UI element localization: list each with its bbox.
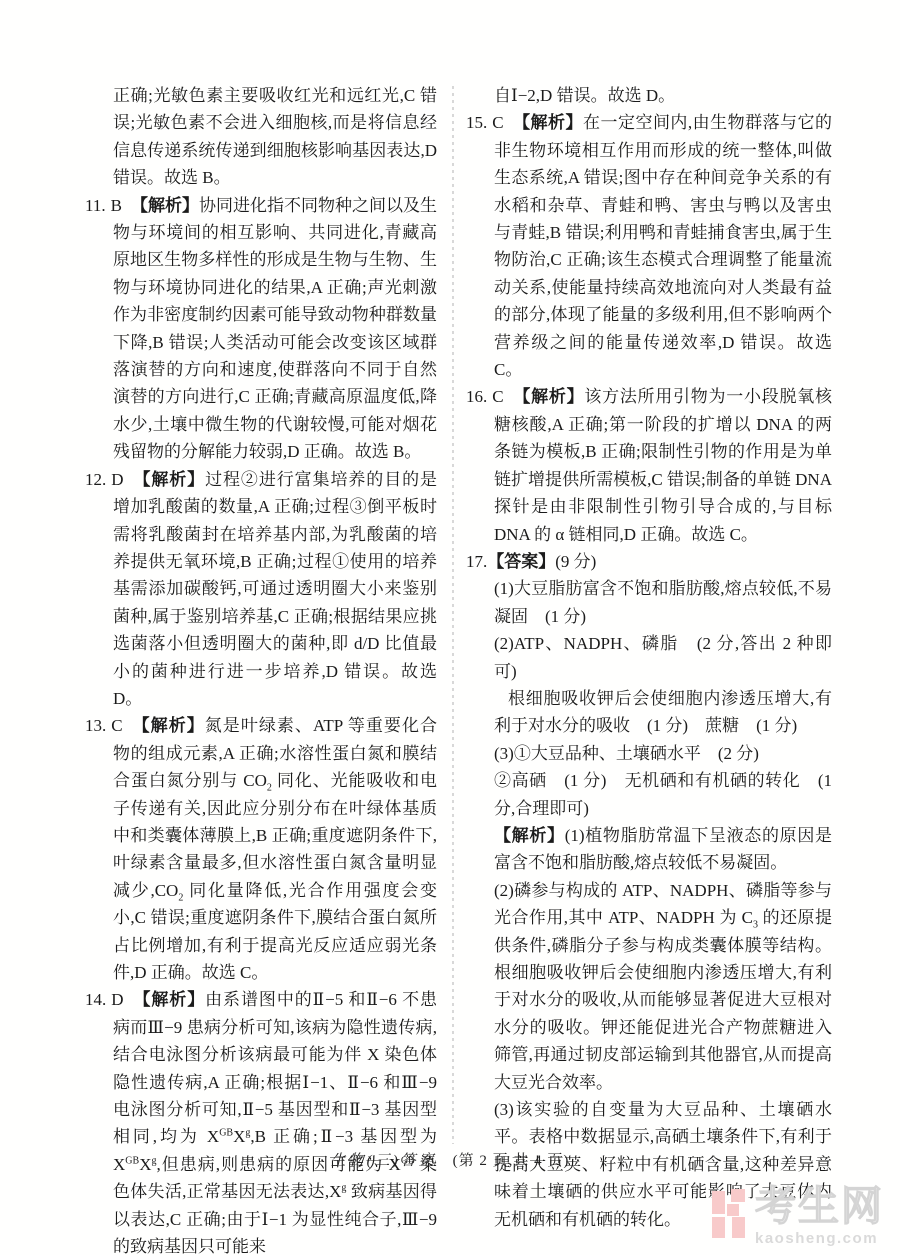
subscript: 2 — [267, 783, 272, 794]
paragraph: 【解析】(1)植物脂肪常温下呈液态的原因是富含不饱和脂肪酸,熔点较低不易凝固。 — [466, 822, 832, 877]
item-number: 16. — [466, 387, 487, 406]
item-number: 14. — [85, 990, 106, 1009]
item-tag: 【解析】 — [513, 387, 585, 406]
item-number: 13. — [85, 716, 106, 735]
page-footer: ·生物(三)答案(第 2 页,共 4 页)· — [0, 1150, 900, 1172]
watermark-site-name: 考生网 — [755, 1186, 884, 1227]
item-tag: 【解析】 — [131, 196, 199, 215]
column-left: 正确;光敏色素主要吸收红光和远红光,C 错误;光敏色素不会进入细胞核,而是将信息… — [85, 82, 437, 1255]
footer-dot-left: · — [320, 1153, 325, 1169]
logo-block — [712, 1191, 725, 1214]
column-divider — [452, 86, 454, 1144]
paragraph: 根细胞吸收钾后会使细胞内渗透压增大,有利于对水分的吸收 (1 分) 蔗糖 (1 … — [466, 685, 832, 740]
logo-block — [727, 1204, 739, 1216]
item-tag: 【解析】 — [133, 990, 206, 1009]
logo-block — [712, 1217, 725, 1238]
item-number: 15. — [466, 113, 487, 132]
item-answer: B — [111, 196, 122, 215]
item-tag: 【解析】 — [133, 470, 206, 489]
footer-dot-right: · — [575, 1153, 580, 1169]
paragraph: 正确;光敏色素主要吸收红光和远红光,C 错误;光敏色素不会进入细胞核,而是将信息… — [85, 82, 437, 192]
kaosheng-logo-icon — [712, 1189, 746, 1239]
paragraph: (2)ATP、NADPH、磷脂 (2 分,答出 2 种即可) — [466, 630, 832, 685]
footer-title: 生物(三)答案 — [331, 1153, 437, 1169]
answer-item-14: 14.D【解析】由系谱图中的Ⅱ−5 和Ⅱ−6 不患病而Ⅲ−9 患病分析可知,该病… — [85, 986, 437, 1255]
superscript: g — [245, 1128, 250, 1139]
paragraph: (3)①大豆品种、土壤硒水平 (2 分) — [466, 740, 832, 767]
paragraph: (2)磷参与构成的 ATP、NADPH、磷脂等参与光合作用,其中 ATP、NAD… — [466, 877, 832, 1096]
answer-item-11: 11.B【解析】协同进化指不同物种之间以及生物与环境间的相互影响、共同进化,青藏… — [85, 192, 437, 466]
answer-item-12: 12.D【解析】过程②进行富集培养的目的是增加乳酸菌的数量,A 正确;过程③倒平… — [85, 466, 437, 713]
item-number: 17. — [466, 552, 487, 571]
item-tag: 【解析】 — [494, 826, 565, 845]
answer-item-15: 15.C【解析】在一定空间内,由生物群落与它的非生物环境相互作用而形成的统一整体… — [466, 109, 832, 383]
item-answer: D — [111, 990, 123, 1009]
watermark-text: 考生网 kaosheng.com — [755, 1186, 884, 1247]
superscript: GB — [219, 1128, 233, 1139]
logo-block — [731, 1189, 745, 1202]
paragraph: 自Ⅰ−2,D 错误。故选 D。 — [466, 82, 832, 109]
item-answer: C — [492, 113, 503, 132]
item-tag: 【答案】 — [487, 552, 555, 571]
item-number: 12. — [85, 470, 106, 489]
watermark: 考生网 kaosheng.com — [712, 1186, 884, 1247]
item-answer: C — [111, 716, 122, 735]
paragraph: ②高硒 (1 分) 无机硒和有机硒的转化 (1 分,合理即可) — [466, 767, 832, 822]
item-number: 11. — [85, 196, 106, 215]
superscript: g — [341, 1183, 346, 1194]
subscript: 3 — [753, 920, 758, 931]
item-answer: D — [111, 470, 123, 489]
answer-item-16: 16.C【解析】该方法所用引物为一小段脱氧核糖核酸,A 正确;第一阶段的扩增以 … — [466, 383, 832, 547]
answer-item-13: 13.C【解析】氮是叶绿素、ATP 等重要化合物的组成元素,A 正确;水溶性蛋白… — [85, 712, 437, 986]
answer-sheet-page: 正确;光敏色素主要吸收红光和远红光,C 错误;光敏色素不会进入细胞核,而是将信息… — [0, 0, 900, 1255]
subscript: 2 — [178, 892, 183, 903]
watermark-site-url: kaosheng.com — [755, 1230, 884, 1247]
column-right: 自Ⅰ−2,D 错误。故选 D。15.C【解析】在一定空间内,由生物群落与它的非生… — [466, 82, 832, 1233]
item-tag: 【解析】 — [513, 113, 583, 132]
answer-item-17: 17.【答案】(9 分) — [466, 548, 832, 575]
item-tag: 【解析】 — [132, 716, 205, 735]
logo-block — [732, 1217, 745, 1238]
paragraph: (1)大豆脂肪富含不饱和脂肪酸,熔点较低,不易凝固 (1 分) — [466, 575, 832, 630]
footer-page-info: (第 2 页,共 4 页) — [453, 1153, 570, 1169]
item-answer: C — [492, 387, 503, 406]
